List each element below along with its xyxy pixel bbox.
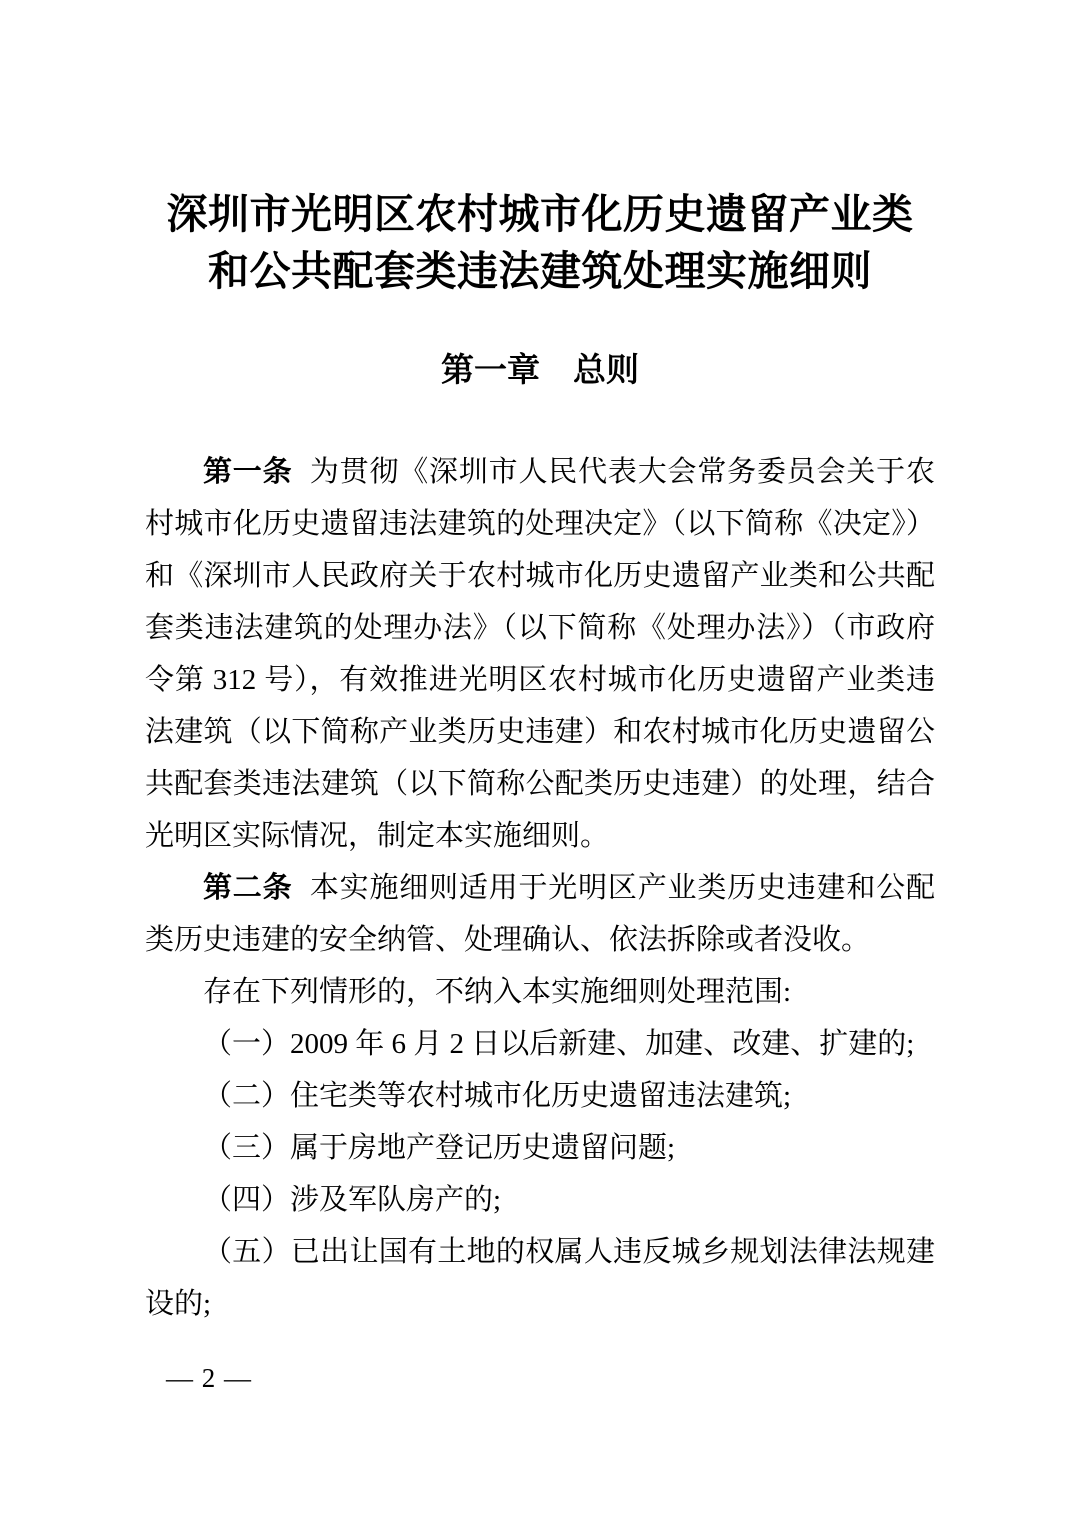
list-item-5: （五）已出让国有土地的权属人违反城乡规划法律法规建设的;: [145, 1226, 935, 1330]
list-item-2: （二）住宅类等农村城市化历史遗留违法建筑;: [145, 1070, 935, 1122]
list-item-5-text: （五）已出让国有土地的权属人违反城乡规划法律法规建设的;: [145, 1236, 935, 1320]
list-item-1: （一）2009 年 6 月 2 日以后新建、加建、改建、扩建的;: [145, 1018, 935, 1070]
document-body: 第一条为贯彻《深圳市人民代表大会常务委员会关于农村城市化历史遗留违法建筑的处理决…: [145, 446, 935, 1330]
list-item-3: （三）属于房地产登记历史遗留问题;: [145, 1122, 935, 1174]
list-item-1-text: （一）2009 年 6 月 2 日以后新建、加建、改建、扩建的;: [203, 1028, 914, 1060]
article-2-number: 第二条: [203, 872, 292, 904]
paragraph-article-2: 第二条本实施细则适用于光明区产业类历史违建和公配类历史违建的安全纳管、处理确认、…: [145, 862, 935, 966]
title-line-2: 和公共配套类违法建筑处理实施细则: [0, 243, 1080, 300]
paragraph-text: 存在下列情形的，不纳入本实施细则处理范围:: [203, 976, 791, 1008]
document-page: 深圳市光明区农村城市化历史遗留产业类 和公共配套类违法建筑处理实施细则 第一章 …: [0, 0, 1080, 1527]
chapter-heading: 第一章 总则: [0, 350, 1080, 390]
article-1-number: 第一条: [203, 456, 292, 488]
article-1-text: 为贯彻《深圳市人民代表大会常务委员会关于农村城市化历史遗留违法建筑的处理决定》（…: [145, 456, 935, 852]
list-item-3-text: （三）属于房地产登记历史遗留问题;: [203, 1132, 675, 1164]
list-item-4-text: （四）涉及军队房产的;: [203, 1184, 501, 1216]
paragraph-article-1: 第一条为贯彻《深圳市人民代表大会常务委员会关于农村城市化历史遗留违法建筑的处理决…: [145, 446, 935, 862]
title-line-1: 深圳市光明区农村城市化历史遗留产业类: [0, 186, 1080, 243]
page-number: — 2 —: [166, 1360, 252, 1396]
list-item-4: （四）涉及军队房产的;: [145, 1174, 935, 1226]
paragraph-exclusion-intro: 存在下列情形的，不纳入本实施细则处理范围:: [145, 966, 935, 1018]
list-item-2-text: （二）住宅类等农村城市化历史遗留违法建筑;: [203, 1080, 791, 1112]
document-title: 深圳市光明区农村城市化历史遗留产业类 和公共配套类违法建筑处理实施细则: [0, 0, 1080, 300]
